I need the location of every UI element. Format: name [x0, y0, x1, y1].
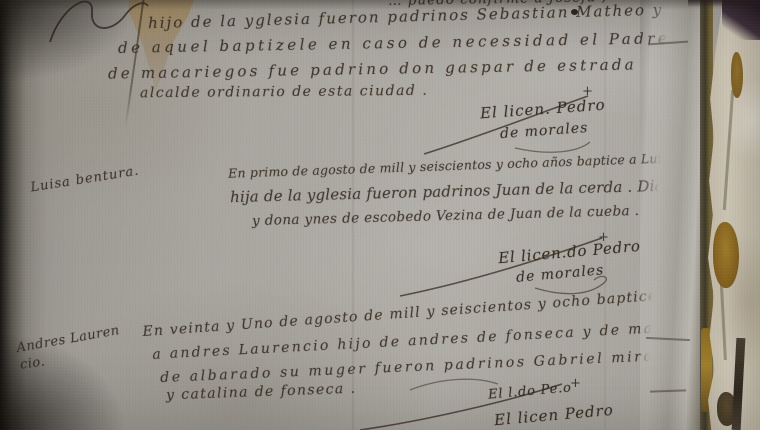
priest-signature-3: + El l.do Pe.o El licen Pedro: [420, 376, 670, 430]
dark-corner-bottom-left: [0, 330, 130, 430]
top-edge-shade: [0, 0, 760, 10]
priest-signature-1: + El licen. Pedro de morales: [420, 86, 670, 158]
resin-spot: [713, 222, 739, 288]
manuscript-photo: … puedo confirme a Josefa , hijo de la y…: [0, 0, 760, 430]
torn-edge-shadow: [723, 90, 734, 210]
paper-crack: [646, 337, 690, 341]
entry-line: alcalde ordinario de esta ciudad .: [140, 83, 428, 102]
paper-crack: [650, 389, 686, 392]
page-fold-edge: [640, 0, 704, 430]
torn-page-edges: [707, 0, 760, 430]
paper-crack: [648, 41, 688, 46]
dark-corner-top-left: [0, 0, 150, 90]
resin-spot: [731, 52, 743, 98]
